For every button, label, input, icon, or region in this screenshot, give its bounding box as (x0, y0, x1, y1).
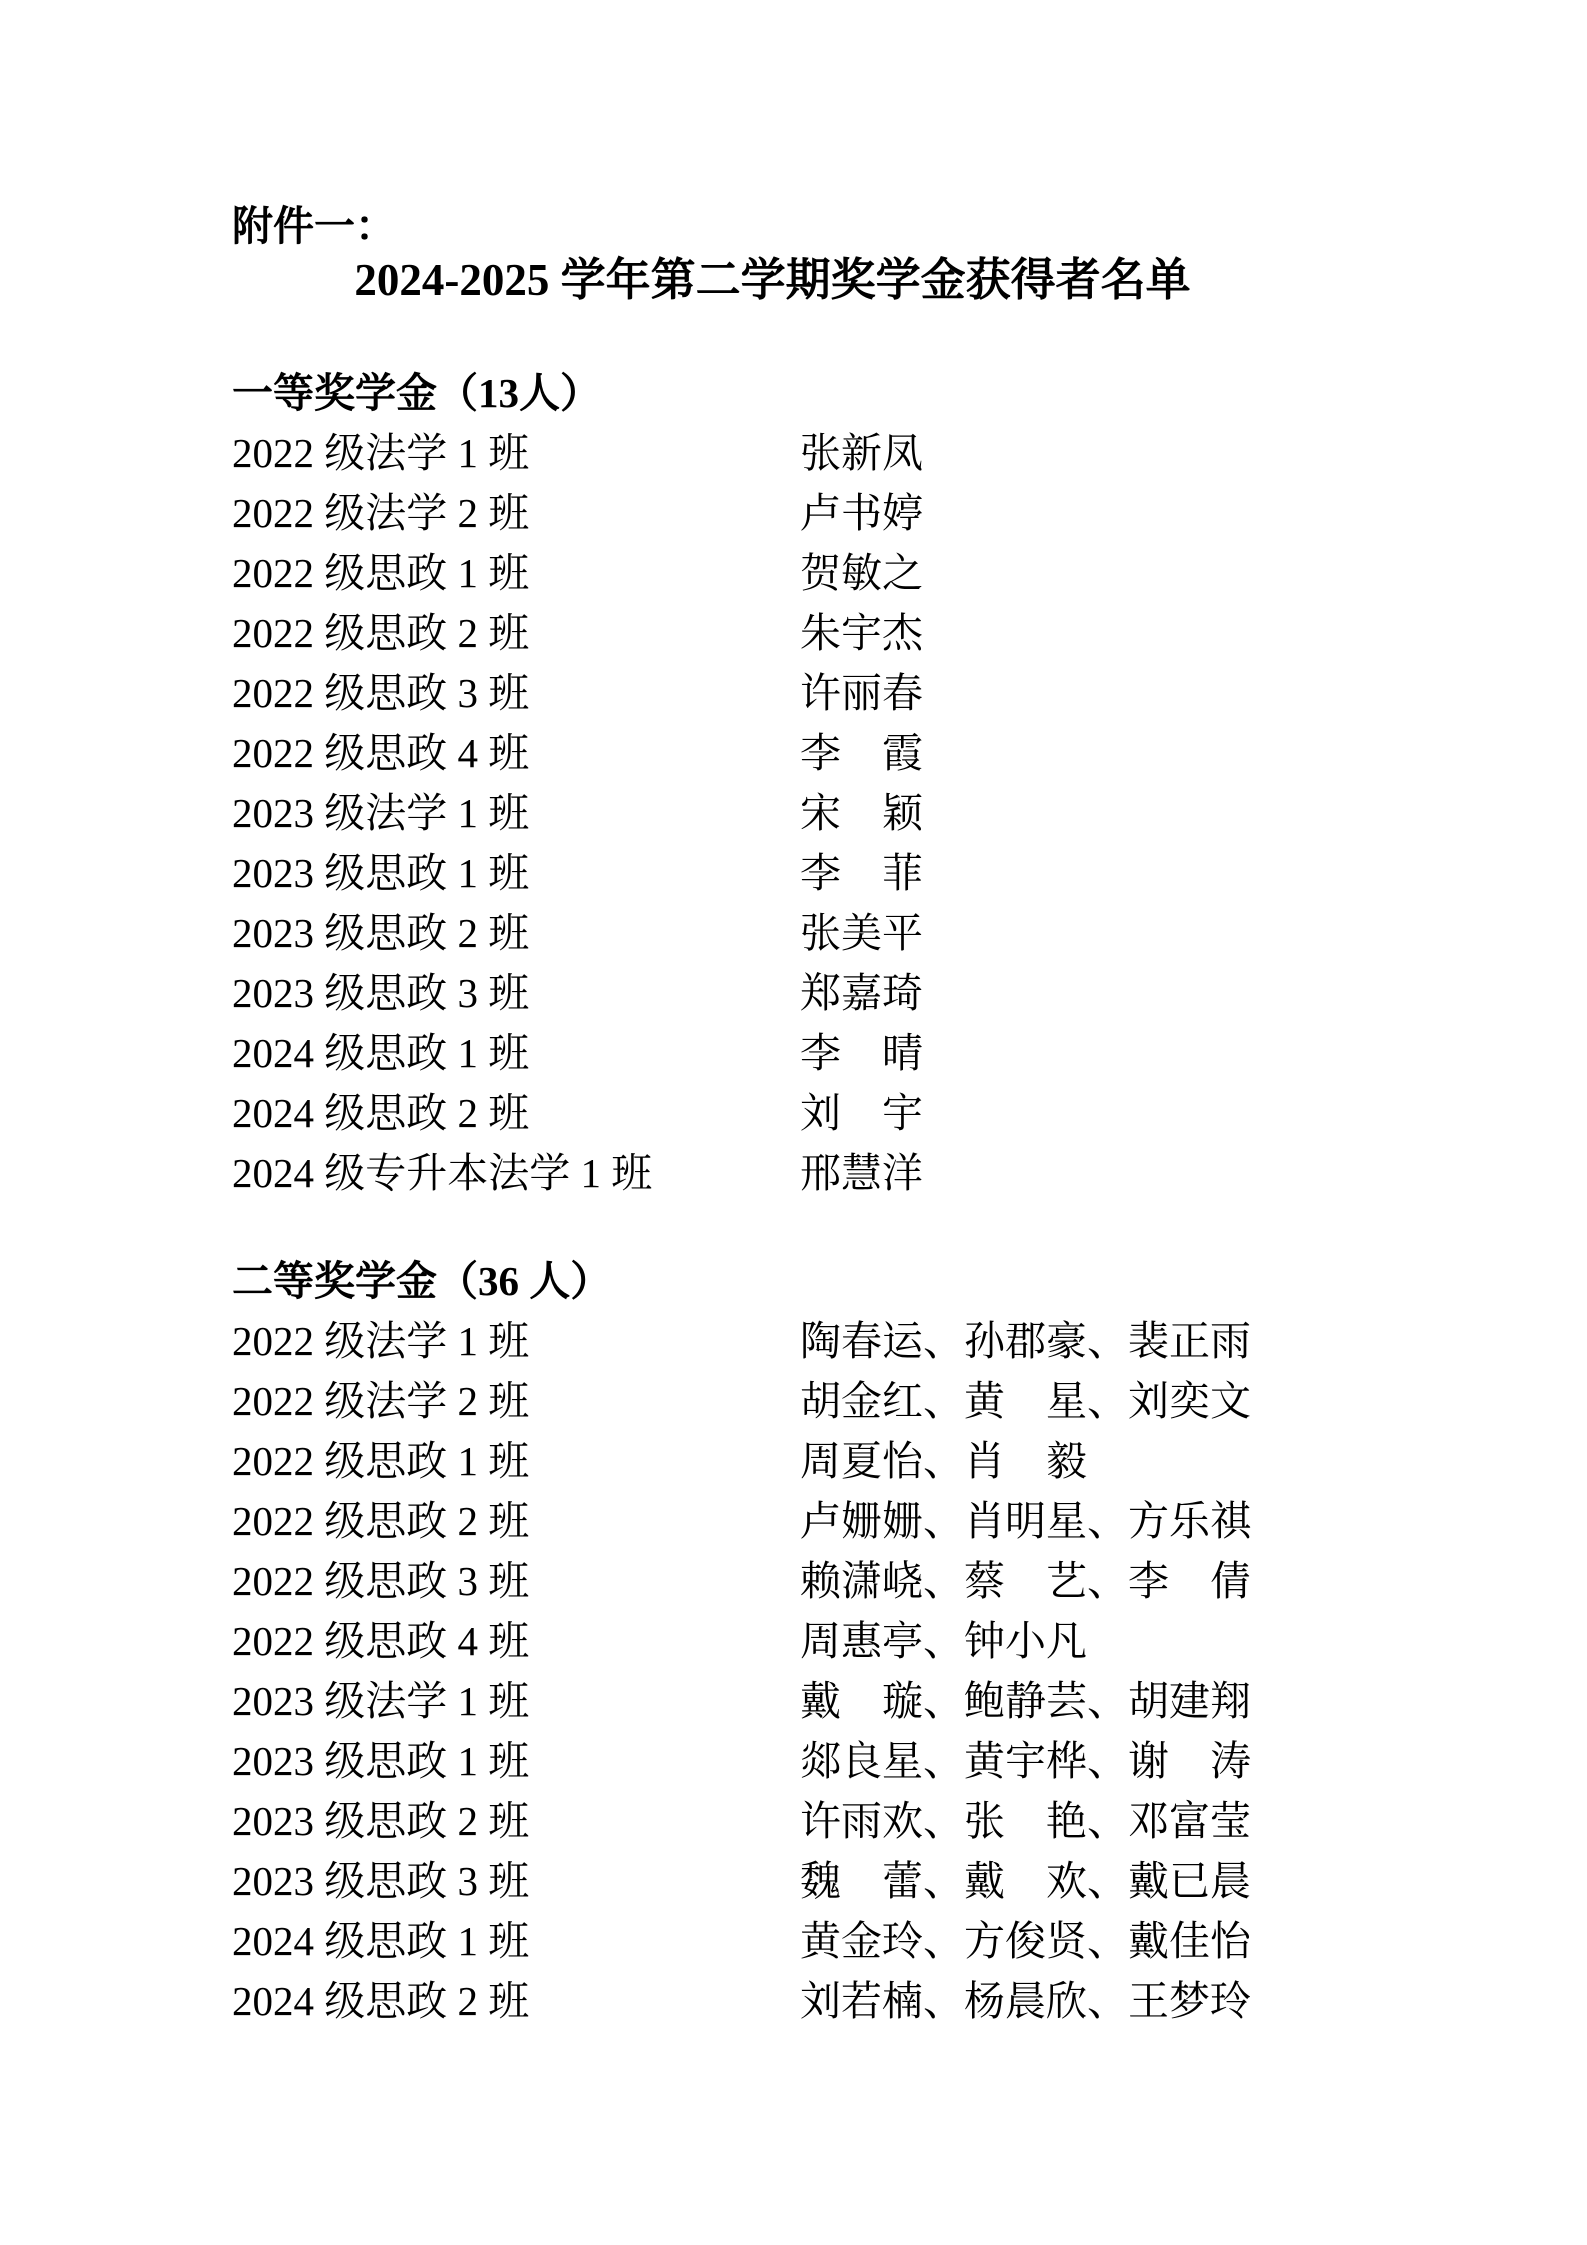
class-label: 2024 级思政 1 班 (232, 1023, 800, 1083)
class-label: 2022 级思政 1 班 (232, 1431, 800, 1491)
scholarship-row: 2024 级思政 1 班 黄金玲、方俊贤、戴佳怡 (232, 1911, 1587, 1971)
winner-names: 张新凤 (800, 423, 923, 483)
scholarship-row: 2023 级法学 1 班 宋 颖 (232, 783, 1587, 843)
winner-names: 许雨欢、张 艳、邓富莹 (800, 1791, 1251, 1851)
scholarship-row: 2022 级法学 2 班 卢书婷 (232, 483, 1587, 543)
class-label: 2023 级思政 3 班 (232, 963, 800, 1023)
scholarship-row: 2024 级专升本法学 1 班 邢慧洋 (232, 1143, 1587, 1203)
class-label: 2022 级思政 2 班 (232, 603, 800, 663)
class-label: 2023 级法学 1 班 (232, 783, 800, 843)
class-label: 2024 级思政 2 班 (232, 1971, 800, 2031)
scholarship-row: 2023 级思政 2 班 张美平 (232, 903, 1587, 963)
class-label: 2022 级思政 4 班 (232, 723, 800, 783)
class-label: 2023 级思政 3 班 (232, 1851, 800, 1911)
winner-names: 胡金红、黄 星、刘奕文 (800, 1371, 1251, 1431)
scholarship-row: 2022 级思政 1 班 周夏怡、肖 毅 (232, 1431, 1587, 1491)
winner-names: 刘 宇 (800, 1083, 923, 1143)
scholarship-row: 2022 级思政 3 班 许丽春 (232, 663, 1587, 723)
class-label: 2024 级思政 1 班 (232, 1911, 800, 1971)
class-label: 2022 级思政 4 班 (232, 1611, 800, 1671)
winner-names: 魏 蕾、戴 欢、戴已晨 (800, 1851, 1251, 1911)
winner-names: 郯良星、黄宇桦、谢 涛 (800, 1731, 1251, 1791)
winner-names: 黄金玲、方俊贤、戴佳怡 (800, 1911, 1251, 1971)
second-class-scholarship-section: 二等奖学金（36 人） 2022 级法学 1 班 陶春运、孙郡豪、裴正雨 202… (232, 1251, 1587, 2031)
class-label: 2024 级思政 2 班 (232, 1083, 800, 1143)
scholarship-row: 2023 级思政 1 班 郯良星、黄宇桦、谢 涛 (232, 1731, 1587, 1791)
scholarship-row: 2024 级思政 2 班 刘 宇 (232, 1083, 1587, 1143)
winner-names: 邢慧洋 (800, 1143, 923, 1203)
winner-names: 郑嘉琦 (800, 963, 923, 1023)
winner-names: 宋 颖 (800, 783, 923, 843)
class-label: 2022 级思政 2 班 (232, 1491, 800, 1551)
scholarship-row: 2022 级思政 4 班 周惠亭、钟小凡 (232, 1611, 1587, 1671)
winner-names: 周夏怡、肖 毅 (800, 1431, 1087, 1491)
class-label: 2022 级法学 1 班 (232, 423, 800, 483)
winner-names: 朱宇杰 (800, 603, 923, 663)
class-label: 2022 级思政 3 班 (232, 1551, 800, 1611)
winner-names: 周惠亭、钟小凡 (800, 1611, 1087, 1671)
class-label: 2022 级法学 2 班 (232, 1371, 800, 1431)
scholarship-row: 2022 级思政 1 班 贺敏之 (232, 543, 1587, 603)
class-label: 2022 级思政 1 班 (232, 543, 800, 603)
winner-names: 贺敏之 (800, 543, 923, 603)
class-label: 2022 级法学 2 班 (232, 483, 800, 543)
scholarship-row: 2024 级思政 1 班 李 晴 (232, 1023, 1587, 1083)
winner-names: 李 菲 (800, 843, 923, 903)
scholarship-row: 2023 级法学 1 班 戴 璇、鲍静芸、胡建翔 (232, 1671, 1587, 1731)
class-label: 2023 级思政 1 班 (232, 1731, 800, 1791)
scholarship-row: 2022 级法学 1 班 张新凤 (232, 423, 1587, 483)
winner-names: 戴 璇、鲍静芸、胡建翔 (800, 1671, 1251, 1731)
attachment-label: 附件一： (232, 196, 396, 256)
scholarship-row: 2022 级法学 2 班 胡金红、黄 星、刘奕文 (232, 1371, 1587, 1431)
class-label: 2023 级思政 1 班 (232, 843, 800, 903)
scholarship-row: 2022 级思政 2 班 朱宇杰 (232, 603, 1587, 663)
scholarship-row: 2023 级思政 3 班 郑嘉琦 (232, 963, 1587, 1023)
section-heading: 一等奖学金（13人） (232, 363, 1587, 423)
class-label: 2023 级思政 2 班 (232, 903, 800, 963)
scholarship-row: 2022 级思政 4 班 李 霞 (232, 723, 1587, 783)
scholarship-row: 2022 级思政 2 班 卢姗姗、肖明星、方乐祺 (232, 1491, 1587, 1551)
scholarship-row: 2024 级思政 2 班 刘若楠、杨晨欣、王梦玲 (232, 1971, 1587, 2031)
winner-names: 张美平 (800, 903, 923, 963)
class-label: 2024 级专升本法学 1 班 (232, 1143, 800, 1203)
winner-names: 卢书婷 (800, 483, 923, 543)
scholarship-row: 2023 级思政 1 班 李 菲 (232, 843, 1587, 903)
winner-names: 赖潇峣、蔡 艺、李 倩 (800, 1551, 1251, 1611)
first-class-scholarship-section: 一等奖学金（13人） 2022 级法学 1 班 张新凤 2022 级法学 2 班… (232, 363, 1587, 1203)
class-label: 2022 级思政 3 班 (232, 663, 800, 723)
scholarship-row: 2023 级思政 3 班 魏 蕾、戴 欢、戴已晨 (232, 1851, 1587, 1911)
winner-names: 刘若楠、杨晨欣、王梦玲 (800, 1971, 1251, 2031)
scholarship-row: 2022 级法学 1 班 陶春运、孙郡豪、裴正雨 (232, 1311, 1587, 1371)
class-label: 2023 级思政 2 班 (232, 1791, 800, 1851)
scholarship-row: 2022 级思政 3 班 赖潇峣、蔡 艺、李 倩 (232, 1551, 1587, 1611)
winner-names: 陶春运、孙郡豪、裴正雨 (800, 1311, 1251, 1371)
document-title: 2024-2025 学年第二学期奖学金获得者名单 (0, 250, 1545, 310)
document-page: 附件一： 2024-2025 学年第二学期奖学金获得者名单 一等奖学金（13人）… (0, 0, 1587, 2245)
class-label: 2023 级法学 1 班 (232, 1671, 800, 1731)
winner-names: 卢姗姗、肖明星、方乐祺 (800, 1491, 1251, 1551)
scholarship-row: 2023 级思政 2 班 许雨欢、张 艳、邓富莹 (232, 1791, 1587, 1851)
section-heading: 二等奖学金（36 人） (232, 1251, 1587, 1311)
class-label: 2022 级法学 1 班 (232, 1311, 800, 1371)
winner-names: 李 霞 (800, 723, 923, 783)
winner-names: 李 晴 (800, 1023, 923, 1083)
winner-names: 许丽春 (800, 663, 923, 723)
